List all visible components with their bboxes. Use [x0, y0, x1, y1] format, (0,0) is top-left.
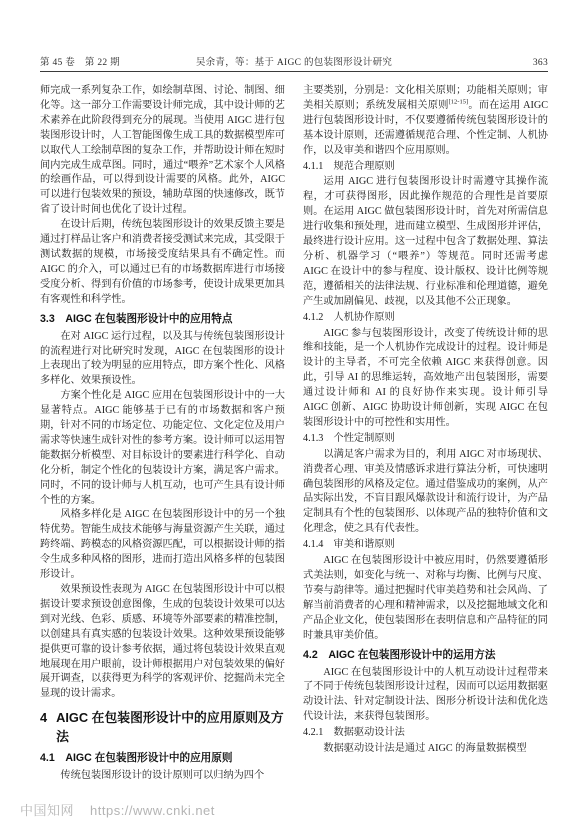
paragraph-data-driven: 数据驱动设计法是通过 AIGC 的海量数据模型	[303, 742, 548, 757]
cnki-url: https://www.cnki.net	[90, 803, 215, 818]
paragraph-tradition: 传统包装图形设计的设计原则可以归纳为四个	[40, 769, 285, 784]
paragraph-personalize: 方案个性化是 AIGC 应用在包装图形设计中的一大显著特点。AIGC 能够基于已…	[40, 389, 285, 508]
paragraph-style-diversity: 风格多样化是 AIGC 在包装图形设计中的另一个独特优势。智能生成技术能够与海量…	[40, 508, 285, 583]
right-column: 主要类别，分别是：文化相关原则；功能相关原则；审美相关原则；系统发展相关原则[1…	[303, 84, 548, 784]
page-header: 第 45 卷 第 22 期 吴余青，等：基于 AIGC 的包装图形设计研究 36…	[40, 54, 548, 68]
footer-watermark: 中国知网 https://www.cnki.net	[20, 800, 215, 819]
paragraph-aesthetic: AIGC 在包装图形设计中被应用时，仍然要遵循形式美法则，如变化与统一、对称与均…	[303, 554, 548, 643]
section-title: AIGC 在包装图形设计中的应用原则及方法	[56, 709, 285, 746]
section-number: 4	[40, 709, 47, 746]
paragraph-methods: AIGC 在包装图形设计中的人机互动设计过程带来了不同于传统包装图形设计过程，因…	[303, 666, 548, 726]
body-columns: 师完成一系列复杂工作，如绘制草图、讨论、制图、细化等。这一部分工作需要设计师完成…	[40, 84, 548, 784]
running-title: 吴余青，等：基于 AIGC 的包装图形设计研究	[160, 54, 428, 68]
header-rule	[40, 71, 548, 72]
paragraph-continued: 师完成一系列复杂工作，如绘制草图、讨论、制图、细化等。这一部分工作需要设计师完成…	[40, 84, 285, 218]
paragraph-compare: 在对 AIGC 运行过程，以及其与传统包装图形设计的流程进行对比研究时发现，AI…	[40, 330, 285, 390]
subsection-heading-4-1-1: 4.1.1 规范合理原则	[303, 160, 548, 175]
citation-superscript: [12-15]	[449, 99, 469, 106]
section-heading-4-2: 4.2 AIGC 在包装图形设计中的运用方法	[303, 648, 548, 663]
subsection-heading-4-1-4: 4.1.4 审美和谐原则	[303, 538, 548, 553]
paragraph-effect-preset: 效果预设性表现为 AIGC 在包装图形设计中可以根据设计要求预设创意图像，生成的…	[40, 583, 285, 702]
subsection-heading-4-2-1: 4.2.1 数据驱动设计法	[303, 726, 548, 741]
section-heading-4-1: 4.1 AIGC 在包装图形设计中的应用原则	[40, 751, 285, 766]
subsection-heading-4-1-2: 4.1.2 人机协作原则	[303, 311, 548, 326]
section-heading-3-3: 3.3 AIGC 在包装图形设计中的应用特点	[40, 312, 285, 327]
left-column: 师完成一系列复杂工作，如绘制草图、讨论、制图、细化等。这一部分工作需要设计师完成…	[40, 84, 285, 784]
paragraph-customization: 以满足客户需求为目的，利用 AIGC 对市场现状、消费者心理、审美及情感诉求进行…	[303, 448, 548, 537]
cnki-brand: 中国知网	[20, 800, 74, 819]
paragraph-norm-principle: 运用 AIGC 进行包装图形设计时需遵守其操作流程，才可获得图形，因此操作规范的…	[303, 175, 548, 309]
section-heading-4: 4 AIGC 在包装图形设计中的应用原则及方法	[40, 709, 285, 746]
page-number: 363	[428, 58, 548, 68]
paragraph-categories: 主要类别，分别是：文化相关原则；功能相关原则；审美相关原则；系统发展相关原则[1…	[303, 84, 548, 159]
paragraph-collaboration: AIGC 参与包装图形设计，改变了传统设计师的思维和技能，是一个人机协作完成设计…	[303, 327, 548, 431]
journal-page: 第 45 卷 第 22 期 吴余青，等：基于 AIGC 的包装图形设计研究 36…	[0, 0, 588, 832]
subsection-heading-4-1-3: 4.1.3 个性定制原则	[303, 432, 548, 447]
paragraph-late-stage: 在设计后期，传统包装图形设计的效果反馈主要是通过打样品让客户和消费者接受测试来完…	[40, 218, 285, 307]
volume-issue: 第 45 卷 第 22 期	[40, 54, 160, 68]
